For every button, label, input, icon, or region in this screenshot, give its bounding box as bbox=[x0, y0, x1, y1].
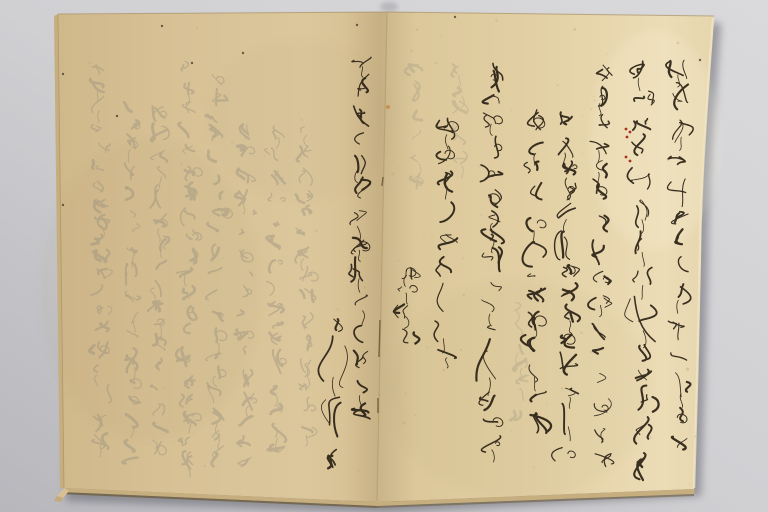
ink-speck bbox=[699, 59, 701, 61]
red-dot-mark bbox=[625, 128, 628, 131]
manuscript-photograph bbox=[0, 0, 768, 512]
ink-speck bbox=[454, 16, 456, 18]
red-dot-mark bbox=[629, 131, 632, 134]
red-dot-mark bbox=[626, 136, 629, 139]
gutter-thread-smudge bbox=[380, 2, 398, 12]
ink-speck bbox=[116, 115, 118, 117]
ink-speck bbox=[356, 24, 358, 26]
book-spread bbox=[0, 0, 768, 512]
ink-speck bbox=[62, 204, 64, 206]
orange-fleck bbox=[386, 105, 390, 109]
red-dot-mark bbox=[625, 156, 628, 159]
ink-speck bbox=[242, 52, 244, 54]
red-dot-mark bbox=[629, 160, 632, 163]
ink-speck bbox=[161, 25, 163, 27]
ink-speck bbox=[191, 62, 193, 64]
ink-speck bbox=[62, 73, 64, 75]
